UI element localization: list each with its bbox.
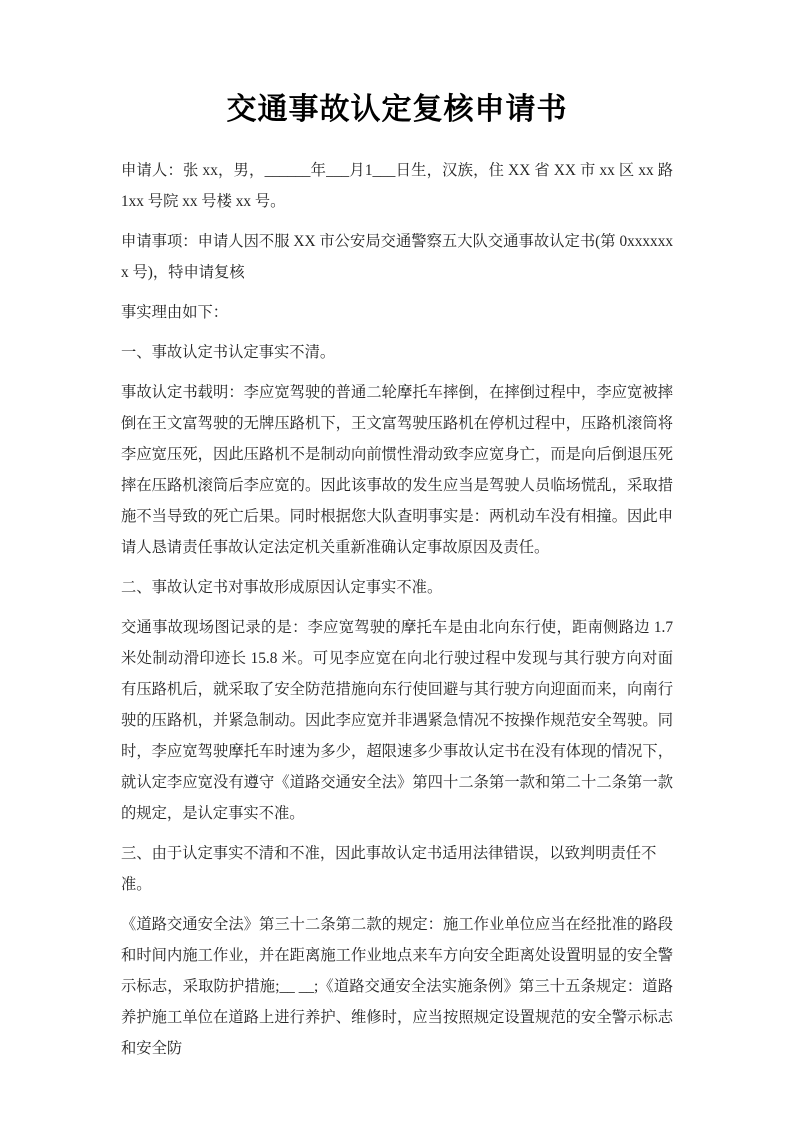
section-3-body: 《道路交通安全法》第三十二条第二款的规定：施工作业单位应当在经批准的路段和时间内… [121,909,673,1064]
section-1-body: 事故认定书载明：李应宽驾驶的普通二轮摩托车摔倒，在摔倒过程中，李应宽被摔倒在王文… [121,377,673,563]
paragraph-applicant: 申请人：张 xx，男，______年___月1___日生，汉族，住 XX 省 X… [121,155,673,217]
paragraph-facts-intro: 事实理由如下： [121,297,673,328]
paragraph-request-item: 申请事项：申请人因不服 XX 市公安局交通警察五大队交通事故认定书(第 0xxx… [121,226,673,288]
section-2-body: 交通事故现场图记录的是：李应宽驾驶的摩托车是由北向东行使，距南侧路边 1.7 米… [121,612,673,829]
document-page: 交通事故认定复核申请书 申请人：张 xx，男，______年___月1___日生… [0,0,793,1122]
section-1-heading: 一、事故认定书认定事实不清。 [121,337,673,368]
section-3-heading: 三、由于认定事实不清和不准，因此事故认定书适用法律错误，以致判明责任不准。 [121,838,673,900]
section-2-heading: 二、事故认定书对事故形成原因认定事实不准。 [121,572,673,603]
document-title: 交通事故认定复核申请书 [121,90,673,130]
